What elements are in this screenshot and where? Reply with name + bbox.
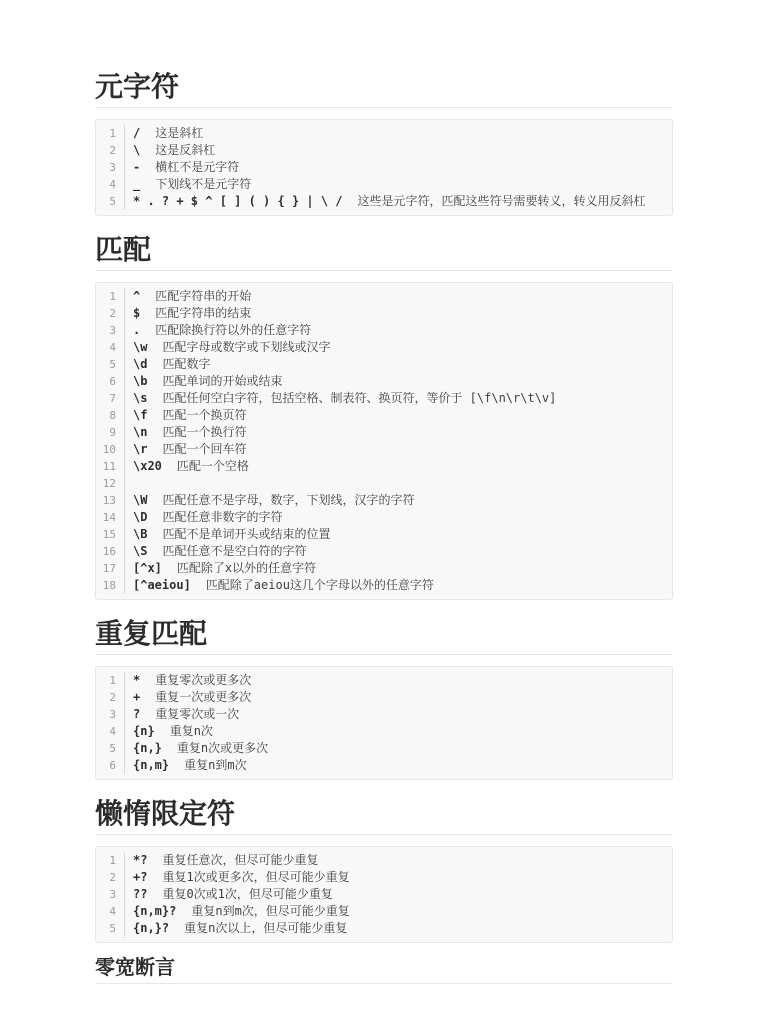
code-block-metachars: 1/这是斜杠2\这是反斜杠3-横杠不是元字符4_下划线不是元字符5* . ? +… [95, 119, 673, 216]
line-description: 匹配一个换行符 [162, 425, 246, 439]
line-number: 3 [96, 159, 125, 176]
line-description: 这些是元字符，匹配这些符号需要转义，转义用反斜杠 [358, 194, 646, 208]
line-description: 重复n次以上，但尽可能少重复 [184, 921, 347, 935]
line-number: 2 [96, 305, 125, 322]
code-content: -横杠不是元字符 [125, 159, 239, 176]
regex-symbol: ?? [133, 887, 147, 901]
code-content: \b匹配单词的开始或结束 [125, 373, 282, 390]
line-number: 1 [96, 288, 125, 305]
code-line: 1*重复零次或更多次 [96, 672, 672, 689]
code-line: 2$匹配字符串的结束 [96, 305, 672, 322]
code-content: {n,m}重复n到m次 [125, 757, 247, 774]
code-content: \r匹配一个回车符 [125, 441, 246, 458]
code-line: 4\w匹配字母或数字或下划线或汉字 [96, 339, 672, 356]
code-line: 2+重复一次或更多次 [96, 689, 672, 706]
line-number: 2 [96, 689, 125, 706]
code-line: 1^匹配字符串的开始 [96, 288, 672, 305]
code-content: _下划线不是元字符 [125, 176, 251, 193]
line-number: 2 [96, 142, 125, 159]
regex-symbol: \D [133, 510, 147, 524]
code-content: * . ? + $ ^ [ ] ( ) { } | \ /这些是元字符，匹配这些… [125, 193, 646, 210]
line-number: 4 [96, 176, 125, 193]
code-line: 4_下划线不是元字符 [96, 176, 672, 193]
regex-symbol: \S [133, 544, 147, 558]
regex-symbol: {n,} [133, 741, 162, 755]
regex-symbol: [^aeiou] [133, 578, 191, 592]
code-line: 2+?重复1次或更多次，但尽可能少重复 [96, 869, 672, 886]
line-number: 15 [96, 526, 125, 543]
code-line: 18[^aeiou]匹配除了aeiou这几个字母以外的任意字符 [96, 577, 672, 594]
code-content: \这是反斜杠 [125, 142, 215, 159]
line-number: 4 [96, 723, 125, 740]
code-line: 3-横杠不是元字符 [96, 159, 672, 176]
regex-symbol: \B [133, 527, 147, 541]
regex-symbol: \r [133, 442, 147, 456]
line-number: 16 [96, 543, 125, 560]
line-description: 匹配单词的开始或结束 [162, 374, 282, 388]
code-content: [^x]匹配除了x以外的任意字符 [125, 560, 316, 577]
line-number: 1 [96, 852, 125, 869]
regex-symbol: ? [133, 707, 140, 721]
line-number: 17 [96, 560, 125, 577]
line-description: 这是斜杠 [155, 126, 203, 140]
line-description: 匹配一个回车符 [162, 442, 246, 456]
code-content: \W匹配任意不是字母，数字，下划线，汉字的字符 [125, 492, 414, 509]
regex-symbol: \f [133, 408, 147, 422]
code-block-matching: 1^匹配字符串的开始2$匹配字符串的结束3.匹配除换行符以外的任意字符4\w匹配… [95, 282, 673, 600]
line-number: 2 [96, 869, 125, 886]
regex-symbol: \x20 [133, 459, 162, 473]
line-description: 匹配除了x以外的任意字符 [177, 561, 316, 575]
line-description: 匹配任意不是字母，数字，下划线，汉字的字符 [162, 493, 414, 507]
line-description: 匹配除换行符以外的任意字符 [155, 323, 311, 337]
regex-symbol: {n,m}? [133, 904, 176, 918]
line-number: 4 [96, 903, 125, 920]
code-content: *?重复任意次，但尽可能少重复 [125, 852, 318, 869]
line-number: 3 [96, 322, 125, 339]
regex-symbol: \w [133, 340, 147, 354]
line-number: 14 [96, 509, 125, 526]
line-description: 匹配字母或数字或下划线或汉字 [162, 340, 330, 354]
section-title-matching: 匹配 [95, 234, 673, 271]
code-line: 15\B匹配不是单词开头或结束的位置 [96, 526, 672, 543]
line-description: 匹配字符串的开始 [155, 289, 251, 303]
line-number: 7 [96, 390, 125, 407]
code-content: +重复一次或更多次 [125, 689, 251, 706]
regex-symbol: * [133, 673, 140, 687]
code-line: 1*?重复任意次，但尽可能少重复 [96, 852, 672, 869]
code-content: {n,}?重复n次以上，但尽可能少重复 [125, 920, 347, 937]
line-description: 匹配任意非数字的字符 [162, 510, 282, 524]
section-title-zero-width: 零宽断言 [95, 957, 673, 984]
regex-symbol: / [133, 126, 140, 140]
line-number: 1 [96, 672, 125, 689]
document-page: 元字符1/这是斜杠2\这是反斜杠3-横杠不是元字符4_下划线不是元字符5* . … [95, 0, 673, 984]
code-line: 4{n,m}?重复n到m次，但尽可能少重复 [96, 903, 672, 920]
code-line: 6{n,m}重复n到m次 [96, 757, 672, 774]
code-line: 4{n}重复n次 [96, 723, 672, 740]
regex-symbol: +? [133, 870, 147, 884]
code-content: [^aeiou]匹配除了aeiou这几个字母以外的任意字符 [125, 577, 434, 594]
line-description: 匹配任意不是空白符的字符 [162, 544, 306, 558]
code-line: 13\W匹配任意不是字母，数字，下划线，汉字的字符 [96, 492, 672, 509]
code-content: {n,m}?重复n到m次，但尽可能少重复 [125, 903, 350, 920]
line-number: 3 [96, 706, 125, 723]
code-content: *重复零次或更多次 [125, 672, 251, 689]
code-line: 16\S匹配任意不是空白符的字符 [96, 543, 672, 560]
code-line: 3??重复0次或1次，但尽可能少重复 [96, 886, 672, 903]
code-content: \d匹配数字 [125, 356, 210, 373]
line-description: 重复n到m次，但尽可能少重复 [191, 904, 349, 918]
code-content: ^匹配字符串的开始 [125, 288, 251, 305]
line-description: 匹配不是单词开头或结束的位置 [162, 527, 330, 541]
code-line: 5{n,}?重复n次以上，但尽可能少重复 [96, 920, 672, 937]
line-description: 重复n次 [170, 724, 213, 738]
code-content: +?重复1次或更多次，但尽可能少重复 [125, 869, 350, 886]
code-line: 5\d匹配数字 [96, 356, 672, 373]
code-content: ?重复零次或一次 [125, 706, 239, 723]
line-description: 重复0次或1次，但尽可能少重复 [162, 887, 332, 901]
code-content: \f匹配一个换页符 [125, 407, 246, 424]
line-description: 匹配一个空格 [177, 459, 249, 473]
code-block-lazy: 1*?重复任意次，但尽可能少重复2+?重复1次或更多次，但尽可能少重复3??重复… [95, 846, 673, 943]
line-description: 匹配除了aeiou这几个字母以外的任意字符 [206, 578, 434, 592]
regex-symbol: \W [133, 493, 147, 507]
line-number: 13 [96, 492, 125, 509]
code-content: \B匹配不是单词开头或结束的位置 [125, 526, 330, 543]
code-line: 7\s匹配任何空白字符，包括空格、制表符、换页符，等价于 [\f\n\r\t\v… [96, 390, 672, 407]
line-description: 匹配数字 [162, 357, 210, 371]
regex-symbol: \d [133, 357, 147, 371]
code-content: \w匹配字母或数字或下划线或汉字 [125, 339, 330, 356]
line-number: 12 [96, 475, 125, 492]
line-number: 5 [96, 920, 125, 937]
code-line: 17[^x]匹配除了x以外的任意字符 [96, 560, 672, 577]
code-line: 3.匹配除换行符以外的任意字符 [96, 322, 672, 339]
code-line: 14\D匹配任意非数字的字符 [96, 509, 672, 526]
regex-symbol: \n [133, 425, 147, 439]
line-description: 下划线不是元字符 [155, 177, 251, 191]
regex-symbol: _ [133, 177, 140, 191]
code-content: ??重复0次或1次，但尽可能少重复 [125, 886, 333, 903]
line-description: 重复一次或更多次 [155, 690, 251, 704]
line-number: 3 [96, 886, 125, 903]
regex-symbol: {n,m} [133, 758, 169, 772]
code-line: 9\n匹配一个换行符 [96, 424, 672, 441]
code-line: 11\x20匹配一个空格 [96, 458, 672, 475]
regex-symbol: \s [133, 391, 147, 405]
line-number: 1 [96, 125, 125, 142]
code-content: {n}重复n次 [125, 723, 213, 740]
line-number: 11 [96, 458, 125, 475]
regex-symbol: {n} [133, 724, 155, 738]
line-description: 匹配字符串的结束 [155, 306, 251, 320]
section-title-lazy: 懒惰限定符 [95, 798, 673, 835]
line-description: 匹配任何空白字符，包括空格、制表符、换页符，等价于 [\f\n\r\t\v] [162, 391, 556, 405]
regex-symbol: ^ [133, 289, 140, 303]
line-description: 重复零次或一次 [155, 707, 239, 721]
code-line: 3?重复零次或一次 [96, 706, 672, 723]
line-description: 重复n到m次 [184, 758, 246, 772]
code-content: /这是斜杠 [125, 125, 203, 142]
code-content: \S匹配任意不是空白符的字符 [125, 543, 306, 560]
code-line: 6\b匹配单词的开始或结束 [96, 373, 672, 390]
line-description: 重复1次或更多次，但尽可能少重复 [162, 870, 349, 884]
line-description: 匹配一个换页符 [162, 408, 246, 422]
code-content: $匹配字符串的结束 [125, 305, 251, 322]
line-number: 4 [96, 339, 125, 356]
regex-symbol: * . ? + $ ^ [ ] ( ) { } | \ / [133, 194, 343, 208]
code-line: 2\这是反斜杠 [96, 142, 672, 159]
line-number: 8 [96, 407, 125, 424]
line-description: 这是反斜杠 [155, 143, 215, 157]
line-number: 9 [96, 424, 125, 441]
code-content: \D匹配任意非数字的字符 [125, 509, 282, 526]
regex-symbol: \ [133, 143, 140, 157]
regex-symbol: . [133, 323, 140, 337]
line-number: 5 [96, 193, 125, 210]
code-line: 1/这是斜杠 [96, 125, 672, 142]
code-line: 10\r匹配一个回车符 [96, 441, 672, 458]
code-line: 5* . ? + $ ^ [ ] ( ) { } | \ /这些是元字符，匹配这… [96, 193, 672, 210]
line-number: 5 [96, 356, 125, 373]
line-description: 重复n次或更多次 [177, 741, 268, 755]
regex-symbol: $ [133, 306, 140, 320]
regex-symbol: {n,}? [133, 921, 169, 935]
code-line: 12 [96, 475, 672, 492]
line-number: 6 [96, 373, 125, 390]
line-number: 10 [96, 441, 125, 458]
line-number: 6 [96, 757, 125, 774]
regex-symbol: + [133, 690, 140, 704]
code-block-repeat: 1*重复零次或更多次2+重复一次或更多次3?重复零次或一次4{n}重复n次5{n… [95, 666, 673, 780]
line-number: 5 [96, 740, 125, 757]
line-description: 重复任意次，但尽可能少重复 [162, 853, 318, 867]
regex-symbol: \b [133, 374, 147, 388]
code-content: \s匹配任何空白字符，包括空格、制表符、换页符，等价于 [\f\n\r\t\v] [125, 390, 556, 407]
code-content: \n匹配一个换行符 [125, 424, 246, 441]
section-title-repeat: 重复匹配 [95, 618, 673, 655]
regex-symbol: *? [133, 853, 147, 867]
line-number: 18 [96, 577, 125, 594]
regex-symbol: [^x] [133, 561, 162, 575]
regex-symbol: - [133, 160, 140, 174]
code-line: 8\f匹配一个换页符 [96, 407, 672, 424]
line-description: 重复零次或更多次 [155, 673, 251, 687]
section-title-metachars: 元字符 [95, 71, 673, 108]
code-content: .匹配除换行符以外的任意字符 [125, 322, 311, 339]
code-content: \x20匹配一个空格 [125, 458, 249, 475]
line-description: 横杠不是元字符 [155, 160, 239, 174]
code-line: 5{n,}重复n次或更多次 [96, 740, 672, 757]
code-content: {n,}重复n次或更多次 [125, 740, 268, 757]
